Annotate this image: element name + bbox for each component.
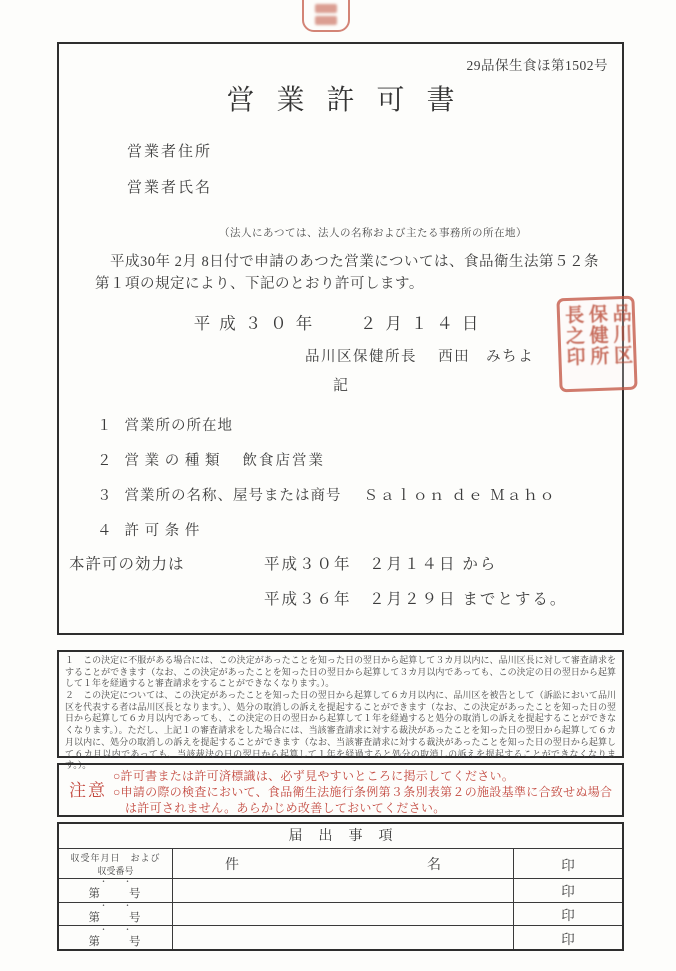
table-row: ・・ 第 号 印 (59, 903, 622, 927)
validity-label: 本許可の効力は (69, 552, 185, 574)
page-title: 営業許可書 (59, 78, 622, 118)
seal-illegible-mark (315, 4, 337, 13)
seal-text: 品川区保健所長之印 (560, 303, 634, 385)
receipt-number-cell: ・・ 第 号 (59, 879, 173, 902)
notice-box: 注意 ○許可書または許可済標識は、必ず見やすいところに掲示してください。 ○申請… (57, 763, 624, 817)
notice-label: 注意 (69, 776, 107, 801)
table-row: ・・ 第 号 印 (59, 926, 622, 949)
legal-note-appeal: １ この決定に不服がある場合には、この決定があったことを知った日の翌日から起算し… (65, 655, 616, 690)
health-director-seal-icon: 品川区保健所長之印 (556, 296, 637, 393)
item-number: １ (97, 418, 113, 434)
notice-item-inspection: ○申請の際の検査において、食品衛生法施行条例第３条別表第２の施設基準に合致せぬ場… (113, 785, 614, 817)
operator-name-label: 営業者氏名 (127, 176, 212, 197)
item-label: 営業所の所在地 (125, 418, 234, 434)
validity-from-date: 平成３０年 ２月１４日 から (264, 552, 497, 574)
permit-body-paragraph: 平成30年 2月 8日付で申請のあつた営業については、食品衛生法第５２条第１項の… (95, 251, 600, 296)
subject-cell (173, 879, 514, 902)
seal-illegible-mark (315, 16, 337, 25)
notification-table: 届出事項 収受年月日 および 収受番号 件 名 印 ・・ 第 号 印 ・・ 第 … (57, 822, 624, 951)
item-number: ２ (97, 453, 113, 469)
item-number: ３ (97, 488, 113, 504)
subject-cell (173, 903, 514, 926)
receipt-number-cell: ・・ 第 号 (59, 903, 173, 926)
issuer-name: 品川区保健所長 西田 みちよ (305, 345, 534, 366)
table-header-row: 収受年月日 および 収受番号 件 名 印 (59, 849, 622, 879)
item-number: ４ (97, 523, 113, 539)
item-permit-conditions: ４許 可 条 件 (97, 519, 222, 540)
ki-heading: 記 (59, 374, 622, 395)
top-receipt-seal-icon (302, 0, 350, 32)
legal-notes-box: １ この決定に不服がある場合には、この決定があったことを知った日の翌日から起算し… (57, 650, 624, 758)
item-value: 飲食店営業 (243, 453, 326, 469)
notice-items: ○許可書または許可済標識は、必ず見やすいところに掲示してください。 ○申請の際の… (113, 769, 614, 816)
item-label: 営 業 の 種 類 (125, 453, 221, 469)
header-seal: 印 (514, 849, 622, 878)
header-receipt-date: 収受年月日 および 収受番号 (59, 849, 173, 878)
item-premises-location: １営業所の所在地 (97, 414, 255, 435)
seal-cell: 印 (514, 879, 622, 902)
notification-table-title: 届出事項 (59, 824, 622, 849)
legal-note-lawsuit: ２ この決定については、この決定があったことを知った日の翌日から起算して６カ月以… (65, 690, 616, 772)
corporate-note: （法人にあつては、法人の名称および主たる事務所の所在地） (219, 225, 527, 240)
notice-item-display: ○許可書または許可済標識は、必ず見やすいところに掲示してください。 (113, 769, 614, 785)
certificate-box: 29品保生食ほ第1502号 営業許可書 営業者住所 営業者氏名 （法人にあつては… (57, 42, 624, 635)
issue-date: 平成３０年 ２月１４日 (59, 310, 622, 334)
item-label: 許 可 条 件 (125, 523, 201, 539)
seal-cell: 印 (514, 903, 622, 926)
item-label: 営業所の名称、屋号または商号 (125, 488, 342, 504)
subject-cell (173, 926, 514, 949)
table-row: ・・ 第 号 印 (59, 879, 622, 903)
item-shop-name: ３営業所の名称、屋号または商号Ｓａｌｏｎ ｄｅ Ｍａｈｏ (97, 484, 556, 505)
receipt-number-cell: ・・ 第 号 (59, 926, 173, 949)
operator-address-label: 営業者住所 (127, 140, 212, 161)
item-business-type: ２営 業 の 種 類飲食店営業 (97, 449, 325, 470)
item-value: Ｓａｌｏｎ ｄｅ Ｍａｈｏ (364, 488, 557, 504)
seal-cell: 印 (514, 926, 622, 949)
document-number: 29品保生食ほ第1502号 (467, 54, 609, 74)
validity-to-date: 平成３６年 ２月２９日 までとする。 (264, 587, 567, 609)
header-subject: 件 名 (173, 849, 514, 878)
